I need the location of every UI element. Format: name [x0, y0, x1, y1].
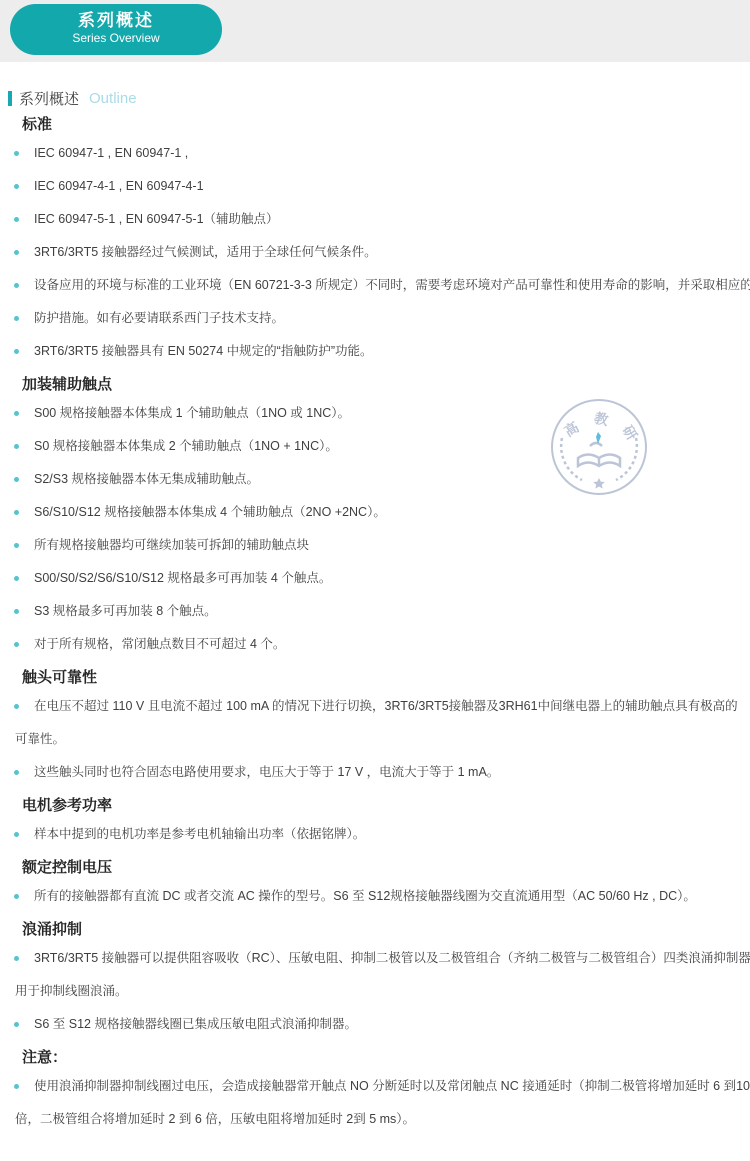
- heading-accent-bar-icon: [8, 91, 12, 106]
- section-title: 浪涌抑制: [22, 919, 750, 940]
- bullet-text: IEC 60947-1 , EN 60947-1 ,: [34, 146, 188, 160]
- bullet-dot-icon: [14, 704, 19, 709]
- bullet-dot-icon: [14, 832, 19, 837]
- bullet-dot-icon: [14, 283, 19, 288]
- bullet-dot-icon: [14, 411, 19, 416]
- bullet-item: 样本中提到的电机功率是参考电机轴输出功率（依据铭牌）。: [0, 818, 750, 851]
- bullet-text: 防护措施。如有必要请联系西门子技术支持。: [34, 311, 284, 325]
- bullet-text-continuation: 用于抑制线圈浪涌。: [15, 975, 750, 1008]
- section-title: 标准: [22, 114, 750, 135]
- bullet-text: S3 规格最多可再加装 8 个触点。: [34, 604, 217, 618]
- bullet-item: 3RT6/3RT5 接触器可以提供阻容吸收（RC）、压敏电阻、抑制二极管以及二极…: [0, 942, 750, 1008]
- bullet-list: 使用浪涌抑制器抑制线圈过电压，会造成接触器常开触点 NO 分断延时以及常闭触点 …: [0, 1070, 750, 1136]
- series-banner: 系列概述 Series Overview: [10, 4, 222, 55]
- bullet-dot-icon: [14, 151, 19, 156]
- bullet-dot-icon: [14, 543, 19, 548]
- bullet-text: 对于所有规格，常闭触点数目不可超过 4 个。: [34, 637, 285, 651]
- bullet-text: 所有的接触器都有直流 DC 或者交流 AC 操作的型号。S6 至 S12规格接触…: [34, 889, 696, 903]
- bullet-text: 所有规格接触器均可继续加装可拆卸的辅助触点块: [34, 538, 309, 552]
- bullet-text: 3RT6/3RT5 接触器可以提供阻容吸收（RC）、压敏电阻、抑制二极管以及二极…: [34, 951, 750, 965]
- bullet-text: S6 至 S12 规格接触器线圈已集成压敏电阻式浪涌抑制器。: [34, 1017, 357, 1031]
- bullet-text: 在电压不超过 110 V 且电流不超过 100 mA 的情况下进行切换，3RT6…: [34, 699, 738, 713]
- bullet-dot-icon: [14, 217, 19, 222]
- page-heading: 系列概述 Outline: [8, 88, 750, 108]
- sections-container: 标准IEC 60947-1 , EN 60947-1 ,IEC 60947-4-…: [0, 114, 750, 1136]
- banner-title-cn: 系列概述: [10, 11, 222, 31]
- bullet-dot-icon: [14, 894, 19, 899]
- bullet-dot-icon: [14, 576, 19, 581]
- bullet-item: IEC 60947-4-1 , EN 60947-4-1: [0, 170, 750, 203]
- section-title: 电机参考功率: [22, 795, 750, 816]
- bullet-text: 设备应用的环境与标准的工业环境（EN 60721-3-3 所规定）不同时，需要考…: [34, 278, 750, 292]
- bullet-item: 对于所有规格，常闭触点数目不可超过 4 个。: [0, 628, 750, 661]
- section-title: 加装辅助触点: [22, 374, 750, 395]
- top-banner-band: 系列概述 Series Overview: [0, 0, 750, 62]
- section-title: 注意：: [22, 1047, 750, 1068]
- bullet-text-continuation: 倍，二极管组合将增加延时 2 到 6 倍，压敏电阻将增加延时 2到 5 ms）。: [15, 1103, 750, 1136]
- bullet-dot-icon: [14, 1022, 19, 1027]
- bullet-text: IEC 60947-5-1 , EN 60947-5-1（辅助触点）: [34, 212, 279, 226]
- bullet-text: S6/S10/S12 规格接触器本体集成 4 个辅助触点（2NO +2NC）。: [34, 505, 386, 519]
- bullet-dot-icon: [14, 316, 19, 321]
- bullet-text: 这些触头同时也符合固态电路使用要求，电压大于等于 17 V ，电流大于等于 1 …: [34, 765, 499, 779]
- bullet-list: 在电压不超过 110 V 且电流不超过 100 mA 的情况下进行切换，3RT6…: [0, 690, 750, 789]
- page-heading-cn: 系列概述: [19, 88, 79, 109]
- bullet-item: 所有的接触器都有直流 DC 或者交流 AC 操作的型号。S6 至 S12规格接触…: [0, 880, 750, 913]
- section-title: 额定控制电压: [22, 857, 750, 878]
- bullet-item: IEC 60947-1 , EN 60947-1 ,: [0, 137, 750, 170]
- bullet-dot-icon: [14, 642, 19, 647]
- bullet-item: 3RT6/3RT5 接触器具有 EN 50274 中规定的“指触防护”功能。: [0, 335, 750, 368]
- bullet-item: 使用浪涌抑制器抑制线圈过电压，会造成接触器常开触点 NO 分断延时以及常闭触点 …: [0, 1070, 750, 1136]
- bullet-list: 3RT6/3RT5 接触器可以提供阻容吸收（RC）、压敏电阻、抑制二极管以及二极…: [0, 942, 750, 1041]
- page-heading-en: Outline: [89, 90, 137, 107]
- bullet-list: 样本中提到的电机功率是参考电机轴输出功率（依据铭牌）。: [0, 818, 750, 851]
- bullet-text: S2/S3 规格接触器本体无集成辅助触点。: [34, 472, 259, 486]
- bullet-item: 在电压不超过 110 V 且电流不超过 100 mA 的情况下进行切换，3RT6…: [0, 690, 750, 756]
- bullet-dot-icon: [14, 510, 19, 515]
- bullet-dot-icon: [14, 1084, 19, 1089]
- bullet-item: S00/S0/S2/S6/S10/S12 规格最多可再加装 4 个触点。: [0, 562, 750, 595]
- bullet-item: IEC 60947-5-1 , EN 60947-5-1（辅助触点）: [0, 203, 750, 236]
- bullet-text: S00 规格接触器本体集成 1 个辅助触点（1NO 或 1NC）。: [34, 406, 350, 420]
- bullet-item: 防护措施。如有必要请联系西门子技术支持。: [0, 302, 750, 335]
- bullet-item: 所有规格接触器均可继续加装可拆卸的辅助触点块: [0, 529, 750, 562]
- bullet-dot-icon: [14, 349, 19, 354]
- bullet-dot-icon: [14, 184, 19, 189]
- bullet-dot-icon: [14, 477, 19, 482]
- bullet-dot-icon: [14, 250, 19, 255]
- bullet-item: 这些触头同时也符合固态电路使用要求，电压大于等于 17 V ，电流大于等于 1 …: [0, 756, 750, 789]
- bullet-text: 3RT6/3RT5 接触器具有 EN 50274 中规定的“指触防护”功能。: [34, 344, 373, 358]
- bullet-item: 3RT6/3RT5 接触器经过气候测试，适用于全球任何气候条件。: [0, 236, 750, 269]
- bullet-item: S3 规格最多可再加装 8 个触点。: [0, 595, 750, 628]
- banner-title-en: Series Overview: [10, 31, 222, 46]
- bullet-dot-icon: [14, 444, 19, 449]
- bullet-item: S6/S10/S12 规格接触器本体集成 4 个辅助触点（2NO +2NC）。: [0, 496, 750, 529]
- bullet-text: 使用浪涌抑制器抑制线圈过电压，会造成接触器常开触点 NO 分断延时以及常闭触点 …: [34, 1079, 750, 1093]
- bullet-text: 3RT6/3RT5 接触器经过气候测试，适用于全球任何气候条件。: [34, 245, 377, 259]
- bullet-list: 所有的接触器都有直流 DC 或者交流 AC 操作的型号。S6 至 S12规格接触…: [0, 880, 750, 913]
- watermark-seal-icon: 高教研: [548, 396, 650, 498]
- bullet-list: IEC 60947-1 , EN 60947-1 ,IEC 60947-4-1 …: [0, 137, 750, 368]
- bullet-text: 样本中提到的电机功率是参考电机轴输出功率（依据铭牌）。: [34, 827, 365, 841]
- bullet-text: S0 规格接触器本体集成 2 个辅助触点（1NO + 1NC）。: [34, 439, 338, 453]
- bullet-dot-icon: [14, 956, 19, 961]
- section-title: 触头可靠性: [22, 667, 750, 688]
- bullet-text-continuation: 可靠性。: [15, 723, 750, 756]
- bullet-text: IEC 60947-4-1 , EN 60947-4-1: [34, 179, 204, 193]
- bullet-dot-icon: [14, 609, 19, 614]
- bullet-dot-icon: [14, 770, 19, 775]
- bullet-text: S00/S0/S2/S6/S10/S12 规格最多可再加装 4 个触点。: [34, 571, 331, 585]
- bullet-item: S6 至 S12 规格接触器线圈已集成压敏电阻式浪涌抑制器。: [0, 1008, 750, 1041]
- bullet-item: 设备应用的环境与标准的工业环境（EN 60721-3-3 所规定）不同时，需要考…: [0, 269, 750, 302]
